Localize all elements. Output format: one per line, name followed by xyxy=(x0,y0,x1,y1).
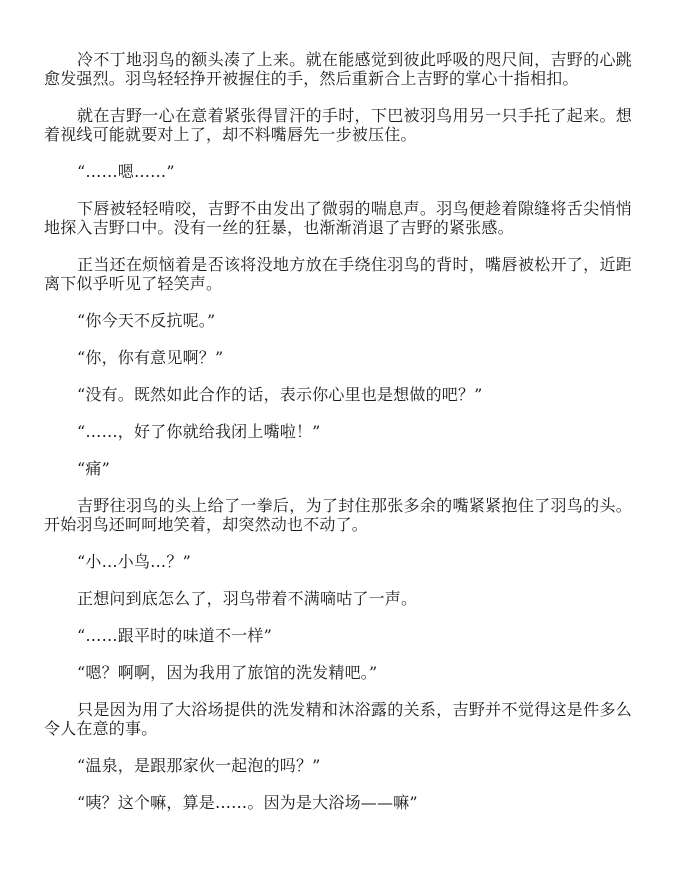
dialog-line-4: “没有。既然如此合作的话，表示你心里也是想做的吧？” xyxy=(44,385,632,404)
dialog-line-2: “你今天不反抗呢。” xyxy=(44,311,632,330)
paragraph-1: 冷不丁地羽鸟的额头凑了上来。就在能感觉到彼此呼吸的咫尺间，吉野的心跳愈发强烈。羽… xyxy=(44,50,632,88)
dialog-line-11: “咦？这个嘛，算是……。因为是大浴场——嘛” xyxy=(44,793,632,812)
paragraph-7: 只是因为用了大浴场提供的洗发精和沐浴露的关系，吉野并不觉得这是件多么令人在意的事… xyxy=(44,700,632,738)
dialog-line-8: “……跟平时的味道不一样” xyxy=(44,626,632,645)
paragraph-3: 下唇被轻轻啃咬，吉野不由发出了微弱的喘息声。羽鸟便趁着隙缝将舌尖悄悄地探入吉野口… xyxy=(44,199,632,237)
dialog-line-7: “小…小鸟…？” xyxy=(44,552,632,571)
dialog-line-6: “痛” xyxy=(44,459,632,478)
dialog-line-5: “……，好了你就给我闭上嘴啦！” xyxy=(44,422,632,441)
dialog-line-9: “嗯？啊啊，因为我用了旅馆的洗发精吧。” xyxy=(44,663,632,682)
paragraph-5: 吉野往羽鸟的头上给了一拳后，为了封住那张多余的嘴紧紧抱住了羽鸟的头。开始羽鸟还呵… xyxy=(44,496,632,534)
paragraph-6: 正想问到底怎么了，羽鸟带着不满嘀咕了一声。 xyxy=(44,589,632,608)
dialog-line-1: “……嗯……” xyxy=(44,162,632,181)
paragraph-2: 就在吉野一心在意着紧张得冒汗的手时，下巴被羽鸟用另一只手托了起来。想着视线可能就… xyxy=(44,106,632,144)
document-page: 冷不丁地羽鸟的额头凑了上来。就在能感觉到彼此呼吸的咫尺间，吉野的心跳愈发强烈。羽… xyxy=(44,50,632,830)
dialog-line-10: “温泉，是跟那家伙一起泡的吗？” xyxy=(44,756,632,775)
paragraph-4: 正当还在烦恼着是否该将没地方放在手绕住羽鸟的背时，嘴唇被松开了，近距离下似乎听见… xyxy=(44,255,632,293)
dialog-line-3: “你，你有意见啊？” xyxy=(44,348,632,367)
